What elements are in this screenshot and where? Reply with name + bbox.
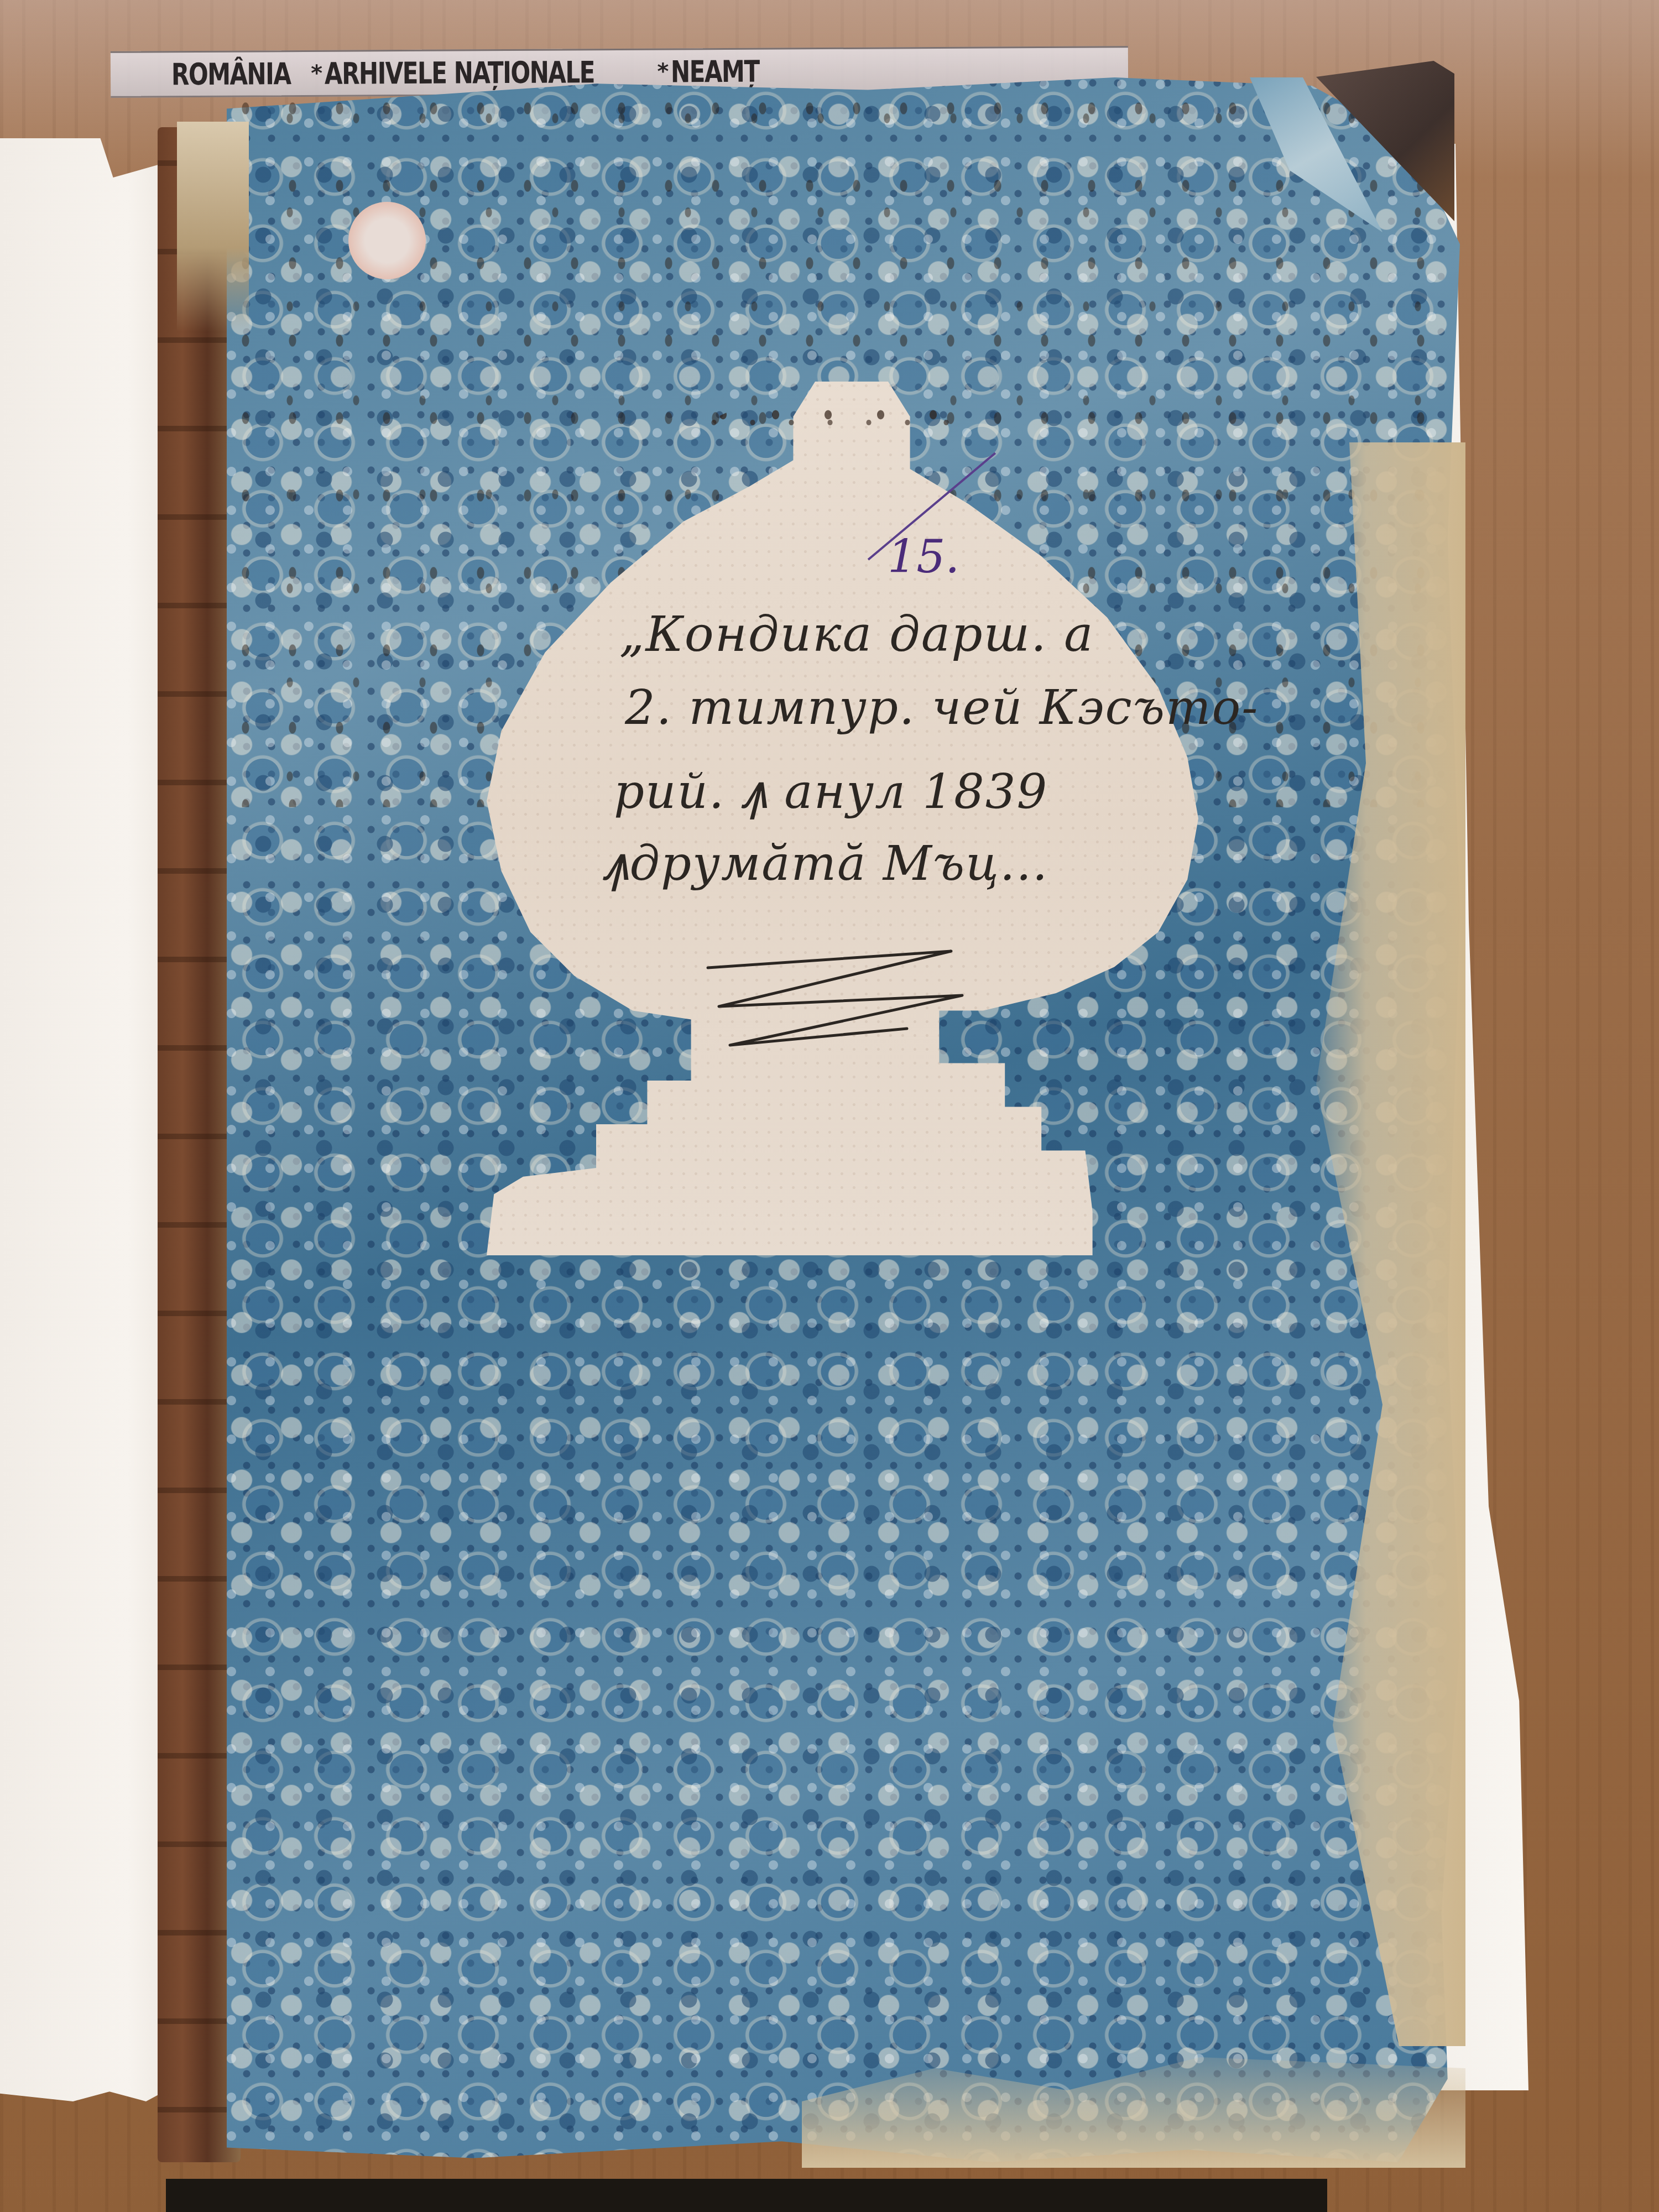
title-line-3: рий. ꙟ анул 1839 <box>614 758 1048 822</box>
pink-stain-circle <box>348 202 426 279</box>
table-edge-shadow <box>166 2179 1327 2212</box>
archive-label-country: ROMÂNIA <box>171 56 291 92</box>
title-line-2: 2. тимпур. чей Кэсътo- <box>625 680 1259 735</box>
archive-label-separator: * <box>311 61 321 86</box>
signature-flourish <box>697 935 984 1062</box>
archive-label-branch: NEAMȚ <box>671 54 759 89</box>
archive-label-separator: * <box>657 59 667 85</box>
inventory-number: 15. <box>888 531 959 583</box>
archive-label-institution: ARHIVELE NAȚIONALE <box>325 55 594 91</box>
title-line-4: ꙟдрумăтă Мъц... <box>603 830 1048 894</box>
left-backing-page <box>0 138 182 2101</box>
title-line-1: „Кондика дарш. а <box>619 606 1094 662</box>
spine-torn-top <box>177 122 249 332</box>
